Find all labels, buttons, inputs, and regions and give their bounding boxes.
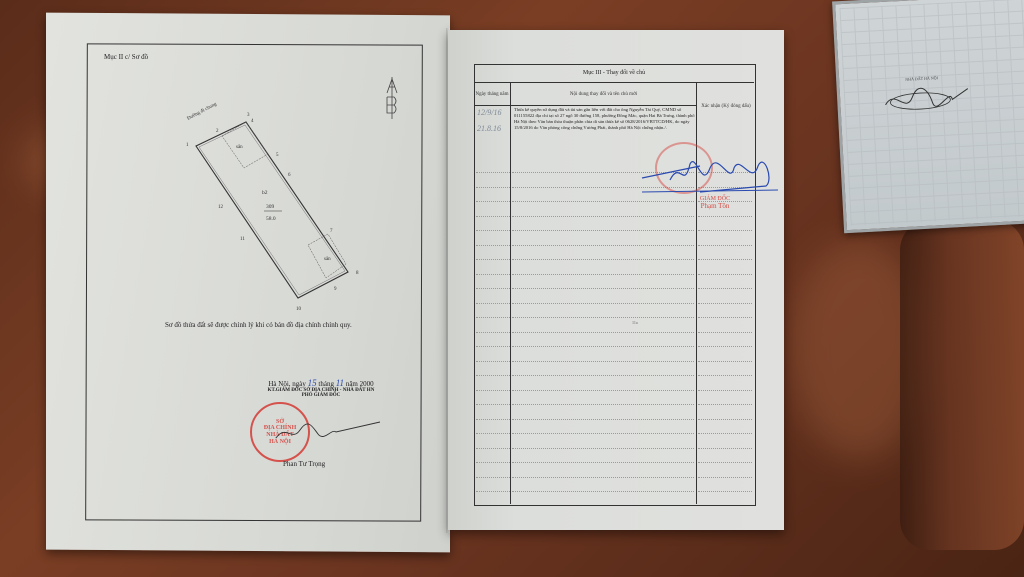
road-label: Đường đi chung — [187, 102, 219, 122]
courtyard-label: sân — [324, 257, 331, 262]
parcel-area: 58.0 — [266, 216, 276, 222]
section-title-ownership: Mục III - Thay đổi về chủ — [474, 64, 754, 83]
courtyard-label: sân — [236, 145, 243, 150]
place-date-prefix: Hà Nội, ngày — [268, 380, 306, 388]
entry-content: Thừa kế quyền sử dụng đất và tài sản gắn… — [514, 107, 696, 131]
svg-text:10: 10 — [296, 307, 302, 310]
svg-text:1: 1 — [186, 143, 189, 148]
handwritten-day: 15 — [308, 378, 317, 388]
confirm-name: Phạm Tôn — [695, 202, 735, 210]
signature-block-left: Hà Nội, ngày 15 tháng 11 năm 2000 KT.GIÁ… — [236, 378, 406, 398]
svg-text:9: 9 — [334, 287, 337, 292]
svg-text:6: 6 — [288, 173, 291, 178]
year-label: năm 2000 — [346, 380, 374, 388]
column-header-content: Nội dung thay đổi và tên chủ mới — [511, 83, 696, 106]
handwritten-month: 11 — [336, 378, 344, 388]
svg-text:3: 3 — [247, 113, 250, 118]
page-number: 11a — [632, 320, 638, 325]
sofa-cushion — [900, 220, 1024, 550]
svg-text:5: 5 — [276, 153, 279, 158]
section-title-diagram: Mục II c/ Sơ đồ — [104, 53, 148, 61]
handwritten-date: 21.8.16 — [477, 124, 501, 133]
signer-title-line2: PHÓ GIÁM ĐỐC — [236, 393, 406, 398]
column-header-confirm: Xác nhận (Ký đóng dấu) — [698, 104, 754, 110]
column-divider — [510, 83, 511, 504]
svg-text:12: 12 — [218, 205, 224, 210]
north-arrow-icon — [384, 75, 400, 120]
svg-text:7: 7 — [330, 229, 333, 234]
handwritten-signature-icon — [640, 150, 780, 200]
svg-text:11: 11 — [240, 237, 245, 242]
column-header-date: Ngày tháng năm — [474, 83, 510, 106]
handwritten-date: 12/9/16 — [477, 108, 501, 117]
handwritten-signature-icon — [272, 418, 382, 444]
parcel-code: b2 — [262, 190, 268, 196]
diagram-note: Sơ đồ thửa đất sẽ được chỉnh lý khi có b… — [165, 321, 352, 329]
signature-icon — [880, 82, 971, 117]
confirm-signer: GIÁM ĐỐC Phạm Tôn — [695, 196, 735, 210]
svg-text:4: 4 — [251, 119, 254, 124]
signer-name-left: Phan Tư Trọng — [283, 460, 325, 468]
month-label: tháng — [318, 380, 334, 388]
parcel-number: 309 — [266, 204, 275, 210]
svg-text:2: 2 — [216, 129, 219, 134]
svg-text:8: 8 — [356, 271, 359, 276]
parcel-diagram: Đường đi chung sân sân b2 309 58.0 1 2 3… — [180, 100, 380, 310]
background-document: NHÀ ĐẤT HÀ NỘI — [832, 0, 1024, 233]
